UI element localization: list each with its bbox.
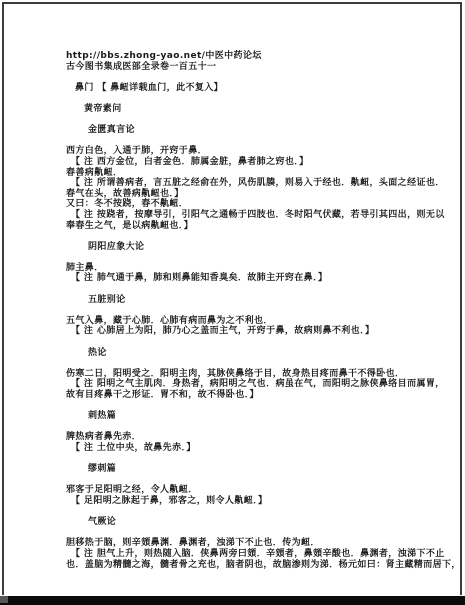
section-lines: 胆移热于脑，则辛頞鼻渊．鼻渊者，浊涕下不止也．传为衄．【 注 胆气上升，则热随入… [66,538,416,570]
annotation-line: 【 注 按跷者，按摩导引，引阳气之通畅于四肢也．冬时阳气伏藏，若导引其四出，则无… [71,210,416,221]
document-section: 气厥论 胆移热于脑，则辛頞鼻渊．鼻渊者，浊涕下不止也．传为衄．【 注 胆气上升，… [66,517,416,570]
document-section: 缪刺篇 邪客于足阳明之经，令人鼽衄．【 足阳明之脉起于鼻，邪客之，则令人鼽衄．】 [66,464,416,506]
text-line: 西方白色，入通于肺，开窍于鼻． [66,146,416,157]
annotation-line: 【 注 阳明之气主肌肉．身热者，病阳明之气也．病虽在气，而阳明之脉侠鼻络目而属胃… [71,379,416,390]
text-line: 脾热病者鼻先赤． [66,432,416,443]
section-title: 热论 [88,348,416,359]
text-line: 也．盖脑为精髓之海，髓者骨之充也，脑者阴也，故脑渗则为涕．杨元如曰：肾主藏精而居… [66,560,416,571]
text-line: 邪客于足阳明之经，令人鼽衄． [66,485,416,496]
scan-edge-bar [0,596,465,605]
annotation-line: 【 注 肺气通于鼻，肺和则鼻能知香臭矣．故肺主开窍在鼻．】 [71,273,416,284]
page-border-right [460,2,462,595]
section-title: 金匮真言论 [88,125,416,136]
section-title: 五脏别论 [88,295,416,306]
book-source-title: 黄帝素问 [84,104,416,115]
annotation-line: 【 注 心肺居上为阳，肺乃心之盖而主气，开窍于鼻，故病则鼻不利也．】 [71,326,416,337]
text-line: 胆移热于脑，则辛頞鼻渊．鼻渊者，浊涕下不止也．传为衄． [66,538,416,549]
section-title: 缪刺篇 [88,464,416,475]
page-border-top [2,2,462,4]
page-border-left [2,2,4,595]
section-lines: 五气入鼻，藏于心肺．心肺有病而鼻为之不利也．【 注 心肺居上为阳，肺乃心之盖而主… [66,316,416,337]
annotation-line: 【 足阳明之脉起于鼻，邪客之，则令人鼽衄．】 [71,496,416,507]
text-line: 肺主鼻． [66,263,416,274]
text-line: 故有目疼鼻干之形证．胃不和，故不得卧也．】 [66,390,416,401]
section-lines: 伤寒二日，阳明受之．阳明主肉，其脉侠鼻络于目，故身热目疼而鼻干不得卧也．【 注 … [66,369,416,401]
section-lines: 脾热病者鼻先赤．【 注 土位中央，故鼻先赤．】 [66,432,416,453]
text-line: 伤寒二日，阳明受之．阳明主肉，其脉侠鼻络于目，故身热目疼而鼻干不得卧也． [66,369,416,380]
scan-edge-notch [0,596,8,603]
section-title: 阴阳应象大论 [88,242,416,253]
annotation-line: 【 注 西方金位，白者金色．肺属金脏，鼻者肺之窍也．】 [71,157,416,168]
document-section: 金匮真言论 西方白色，入通于肺，开窍于鼻．【 注 西方金位，白者金色．肺属金脏，… [66,125,416,231]
section-lines: 西方白色，入通于肺，开窍于鼻．【 注 西方金位，白者金色．肺属金脏，鼻者肺之窍也… [66,146,416,231]
section-title: 刺热篇 [88,411,416,422]
annotation-line: 【 注 胆气上升，则热随入脑．侠鼻两旁曰頞．辛頞者，鼻頞辛酸也．鼻渊者，浊涕下不… [71,549,416,560]
text-line: 春善病鼽衄． [66,168,416,179]
chapter-heading: 鼻门 【 鼻衄详载血门，此不复入】 [75,83,416,94]
sections-container: 金匮真言论 西方白色，入通于肺，开窍于鼻．【 注 西方金位，白者金色．肺属金脏，… [66,115,416,571]
volume-title: 古今图书集成医部全录卷一百五十一 [66,62,416,73]
source-url-link[interactable]: http://bbs.zhong-yao.net/中医中药论坛 [66,51,416,62]
section-title: 气厥论 [88,517,416,528]
document-section: 刺热篇 脾热病者鼻先赤．【 注 土位中央，故鼻先赤．】 [66,411,416,453]
annotation-line: 【 注 土位中央，故鼻先赤．】 [71,443,416,454]
section-lines: 邪客于足阳明之经，令人鼽衄．【 足阳明之脉起于鼻，邪客之，则令人鼽衄．】 [66,485,416,506]
text-line: 春气在头，故善病鼽衄也．】 [66,189,416,200]
scanned-document-page: http://bbs.zhong-yao.net/中医中药论坛 古今图书集成医部… [0,0,465,605]
section-lines: 肺主鼻．【 注 肺气通于鼻，肺和则鼻能知香臭矣．故肺主开窍在鼻．】 [66,263,416,284]
document-section: 阴阳应象大论 肺主鼻．【 注 肺气通于鼻，肺和则鼻能知香臭矣．故肺主开窍在鼻．】 [66,242,416,284]
text-line: 又曰：冬不按跷，春不鼽衄． [66,199,416,210]
text-line: 奉春生之气，是以病鼽衄也．】 [66,221,416,232]
document-body: http://bbs.zhong-yao.net/中医中药论坛 古今图书集成医部… [66,51,416,570]
document-section: 五脏别论 五气入鼻，藏于心肺．心肺有病而鼻为之不利也．【 注 心肺居上为阳，肺乃… [66,295,416,337]
text-line: 五气入鼻，藏于心肺．心肺有病而鼻为之不利也． [66,316,416,327]
annotation-line: 【 注 所谓善病者，言五脏之经俞在外，风伤肌腠，则易入于经也．鼽衄，头面之经证也… [71,178,416,189]
document-section: 热论 伤寒二日，阳明受之．阳明主肉，其脉侠鼻络于目，故身热目疼而鼻干不得卧也．【… [66,348,416,401]
